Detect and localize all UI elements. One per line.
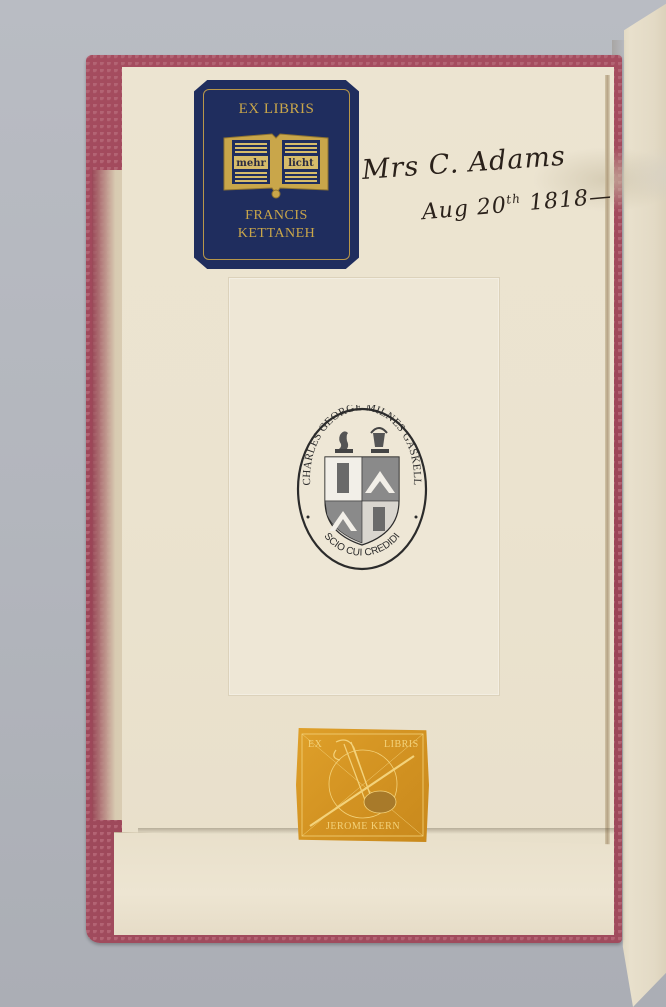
open-book-icon: mehr licht	[220, 128, 332, 200]
glue-stain	[622, 145, 666, 205]
bookplate-gaskell-card: CHARLES GEORGE MILNES GASKELL SCIO CUI C…	[228, 277, 500, 696]
inscription-date-suffix: th	[506, 191, 522, 206]
book-inside-cover-scene: EX LIBRIS mehr licht FRANCIS KETTANEH Mr…	[0, 0, 666, 1007]
kern-name: JEROME KERN	[326, 821, 400, 832]
bookplate-kettaneh: EX LIBRIS mehr licht FRANCIS KETTANEH	[194, 80, 359, 269]
armorial-seal: CHARLES GEORGE MILNES GASKELL SCIO CUI C…	[295, 405, 429, 573]
bookplate-kern: EX LIBRIS JEROME KERN	[296, 728, 429, 842]
kern-violin-design: EX LIBRIS JEROME KERN	[296, 728, 429, 842]
owner-last-name: KETTANEH	[194, 226, 359, 242]
ex-libris-header: EX LIBRIS	[194, 101, 359, 118]
motto-word-left: mehr	[236, 158, 266, 169]
folded-bottom-flap	[114, 832, 614, 935]
crest-bird-icon	[335, 431, 353, 453]
kern-libris: LIBRIS	[384, 739, 419, 750]
crest-wheatsheaf-icon	[371, 428, 389, 453]
motto-word-right: licht	[288, 158, 314, 169]
owner-first-name: FRANCIS	[194, 208, 359, 224]
